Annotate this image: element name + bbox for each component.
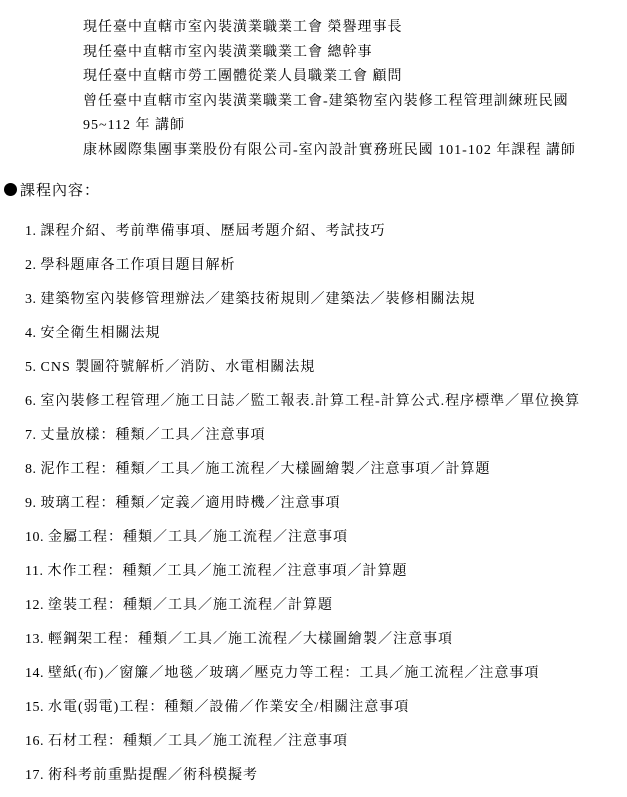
document-page: 現任臺中直轄市室內裝潢業職業工會 榮譽理事長現任臺中直轄市室內裝潢業職業工會 總… [0, 0, 627, 797]
list-item: 4.安全衛生相關法規 [25, 324, 627, 344]
item-text: 室內裝修工程管理／施工日誌／監工報表.計算工程-計算公式.程序標準／單位換算 [41, 394, 581, 409]
item-number: 6. [25, 394, 37, 409]
item-text: 泥作工程：種類／工具／施工流程／大樣圖繪製／注意事項／計算題 [41, 462, 491, 477]
list-item: 17.術科考前重點提醒／術科模擬考 [25, 766, 627, 786]
bullet-icon [4, 183, 17, 196]
credential-line: 曾任臺中直轄市室內裝潢業職業工會-建築物室內裝修工程管理訓練班民國 [83, 90, 627, 115]
item-text: 壁紙(布)／窗簾／地毯／玻璃／壓克力等工程：工具／施工流程／注意事項 [48, 666, 539, 681]
list-item: 5.CNS 製圖符號解析／消防、水電相關法規 [25, 358, 627, 378]
item-text: 水電(弱電)工程：種類／設備／作業安全/相關注意事項 [48, 700, 409, 715]
item-text: 丈量放樣：種類／工具／注意事項 [41, 428, 266, 443]
item-text: 木作工程：種類／工具／施工流程／注意事項／計算題 [47, 564, 407, 579]
item-number: 2. [25, 258, 37, 273]
item-text: 學科題庫各工作項目題目解析 [41, 258, 236, 273]
list-item: 10.金屬工程：種類／工具／施工流程／注意事項 [25, 528, 627, 548]
list-item: 6.室內裝修工程管理／施工日誌／監工報表.計算工程-計算公式.程序標準／單位換算 [25, 392, 627, 412]
item-text: 安全衛生相關法規 [41, 326, 161, 341]
item-number: 5. [25, 360, 37, 375]
list-item: 9.玻璃工程：種類／定義／適用時機／注意事項 [25, 494, 627, 514]
item-number: 10. [25, 530, 44, 545]
item-number: 7. [25, 428, 37, 443]
list-item: 14.壁紙(布)／窗簾／地毯／玻璃／壓克力等工程：工具／施工流程／注意事項 [25, 664, 627, 684]
list-item: 8.泥作工程：種類／工具／施工流程／大樣圖繪製／注意事項／計算題 [25, 460, 627, 480]
item-text: 石材工程：種類／工具／施工流程／注意事項 [48, 734, 348, 749]
list-item: 11.木作工程：種類／工具／施工流程／注意事項／計算題 [25, 562, 627, 582]
course-content-heading: 課程內容： [4, 179, 627, 199]
list-item: 15.水電(弱電)工程：種類／設備／作業安全/相關注意事項 [25, 698, 627, 718]
item-text: CNS 製圖符號解析／消防、水電相關法規 [41, 360, 316, 375]
list-item: 16.石材工程：種類／工具／施工流程／注意事項 [25, 732, 627, 752]
item-text: 建築物室內裝修管理辦法／建築技術規則／建築法／裝修相關法規 [41, 292, 476, 307]
item-number: 13. [25, 632, 44, 647]
list-item: 1.課程介紹、考前準備事項、歷屆考題介紹、考試技巧 [25, 222, 627, 242]
item-text: 塗裝工程：種類／工具／施工流程／計算題 [48, 598, 333, 613]
list-item: 12.塗裝工程：種類／工具／施工流程／計算題 [25, 596, 627, 616]
list-item: 13.輕鋼架工程：種類／工具／施工流程／大樣圖繪製／注意事項 [25, 630, 627, 650]
item-number: 8. [25, 462, 37, 477]
item-number: 15. [25, 700, 44, 715]
item-number: 14. [25, 666, 44, 681]
item-text: 術科考前重點提醒／術科模擬考 [48, 768, 258, 783]
list-item: 2.學科題庫各工作項目題目解析 [25, 256, 627, 276]
section-title: 課程內容： [20, 179, 100, 200]
credential-line: 康林國際集團事業股份有限公司-室內設計實務班民國 101-102 年課程 講師 [83, 139, 627, 164]
item-number: 1. [25, 224, 37, 239]
item-number: 3. [25, 292, 37, 307]
credential-line: 現任臺中直轄市室內裝潢業職業工會 榮譽理事長 [83, 16, 627, 41]
item-number: 4. [25, 326, 37, 341]
item-text: 金屬工程：種類／工具／施工流程／注意事項 [48, 530, 348, 545]
credentials-block: 現任臺中直轄市室內裝潢業職業工會 榮譽理事長現任臺中直轄市室內裝潢業職業工會 總… [83, 0, 627, 163]
credential-line: 95~112 年 講師 [83, 114, 627, 139]
credential-line: 現任臺中直轄市室內裝潢業職業工會 總幹事 [83, 41, 627, 66]
list-item: 3.建築物室內裝修管理辦法／建築技術規則／建築法／裝修相關法規 [25, 290, 627, 310]
item-text: 輕鋼架工程：種類／工具／施工流程／大樣圖繪製／注意事項 [48, 632, 453, 647]
item-number: 11. [25, 564, 43, 579]
item-text: 課程介紹、考前準備事項、歷屆考題介紹、考試技巧 [41, 224, 386, 239]
item-number: 16. [25, 734, 44, 749]
item-number: 12. [25, 598, 44, 613]
course-list: 1.課程介紹、考前準備事項、歷屆考題介紹、考試技巧 2.學科題庫各工作項目題目解… [25, 222, 627, 786]
item-text: 玻璃工程：種類／定義／適用時機／注意事項 [41, 496, 341, 511]
item-number: 9. [25, 496, 37, 511]
list-item: 7.丈量放樣：種類／工具／注意事項 [25, 426, 627, 446]
item-number: 17. [25, 768, 44, 783]
credential-line: 現任臺中直轄市勞工團體從業人員職業工會 顧問 [83, 65, 627, 90]
